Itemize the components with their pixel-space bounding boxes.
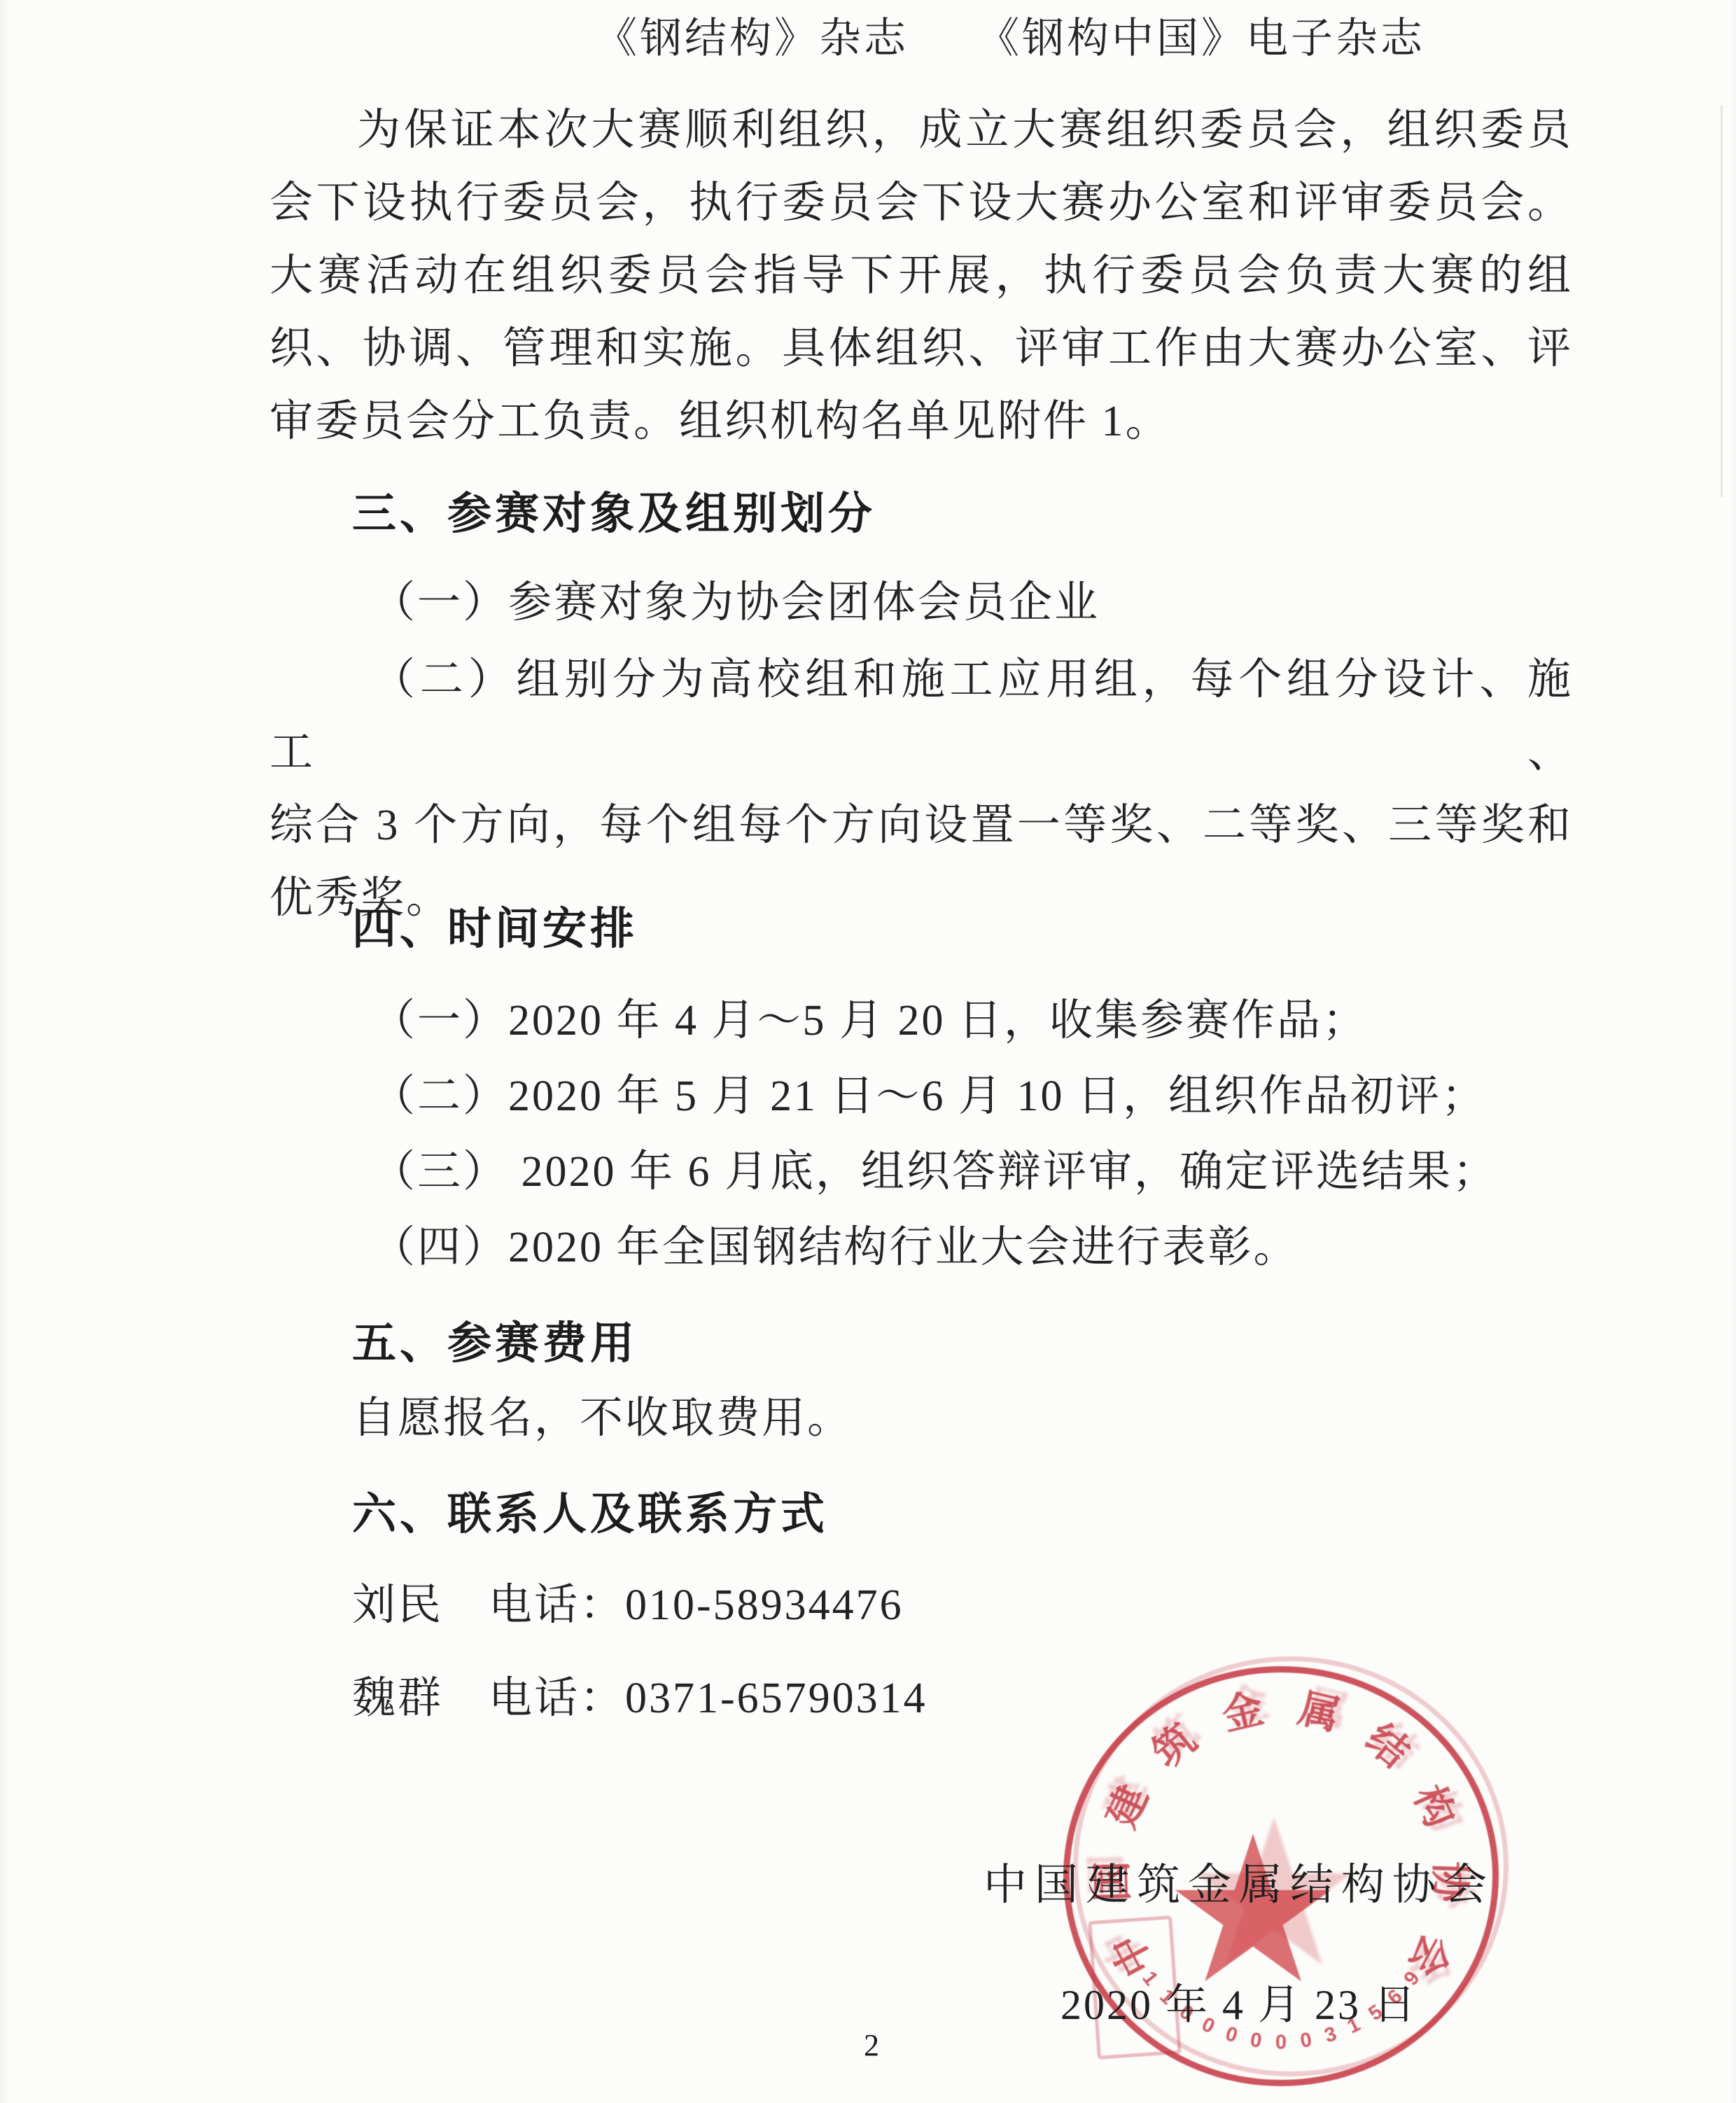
paragraph: （二）组别分为高校组和施工应用组，每个组分设计、施工、 综合 3 个方向，每个组… <box>269 643 1573 935</box>
doc-line: （一）参赛对象为协会团体会员企业 <box>269 566 1573 639</box>
doc-line: 综合 3 个方向，每个组每个方向设置一等奖、二等奖、三等奖和 <box>269 789 1573 862</box>
doc-line: （四）2020 年全国钢结构行业大会进行表彰。 <box>269 1210 1573 1285</box>
paragraph: （一）参赛对象为协会团体会员企业 <box>269 566 1573 639</box>
signature-organization: 中国建筑金属结构协会 <box>969 1849 1508 1922</box>
doc-line: 会下设执行委员会，执行委员会下设大赛办公室和评审委员会。 <box>269 167 1573 239</box>
doc-line: 审委员会分工负责。组织机构名单见附件 1。 <box>269 385 1573 458</box>
contact-line-1: 刘民 电话：010-58934476 <box>269 1569 1573 1642</box>
doc-line: 大赛活动在组织委员会指导下开展，执行委员会负责大赛的组 <box>269 239 1573 312</box>
signature-date: 2020 年 4 月 23 日 <box>969 1969 1508 2041</box>
doc-line: 自愿报名，不收取费用。 <box>269 1382 1573 1455</box>
intro-paragraph: 为保证本次大赛顺利组织，成立大赛组织委员会，组织委员 会下设执行委员会，执行委员… <box>269 94 1573 458</box>
doc-line: （二）2020 年 5 月 21 日～6 月 10 日，组织作品初评； <box>269 1059 1573 1134</box>
doc-line: （三） 2020 年 6 月底，组织答辩评审，确定评选结果； <box>269 1134 1573 1210</box>
doc-line: （一）2020 年 4 月～5 月 20 日，收集参赛作品； <box>269 983 1573 1059</box>
scanned-document-page: 《钢结构》杂志 《钢构中国》电子杂志 为保证本次大赛顺利组织，成立大赛组织委员会… <box>0 0 1736 2103</box>
doc-line: 为保证本次大赛顺利组织，成立大赛组织委员会，组织委员 <box>269 94 1573 167</box>
doc-line: 织、协调、管理和实施。具体组织、评审工作由大赛办公室、评 <box>269 312 1573 385</box>
page-number: 2 <box>840 2025 903 2067</box>
section-heading-3: 三、参赛对象及组别划分 <box>269 477 1573 550</box>
doc-line: 刘民 电话：010-58934476 <box>269 1569 1573 1642</box>
section-heading-5: 五、参赛费用 <box>269 1307 1573 1380</box>
section-heading-6: 六、联系人及联系方式 <box>269 1478 1573 1551</box>
section-heading-4: 四、时间安排 <box>269 893 1573 965</box>
schedule-list: （一）2020 年 4 月～5 月 20 日，收集参赛作品； （二）2020 年… <box>269 983 1573 1285</box>
journal-title-line: 《钢结构》杂志 《钢构中国》电子杂志 <box>595 6 1425 72</box>
scan-artifact-line <box>1721 105 1723 497</box>
paragraph: 自愿报名，不收取费用。 <box>269 1382 1573 1455</box>
doc-line: （二）组别分为高校组和施工应用组，每个组分设计、施工、 <box>269 643 1573 789</box>
